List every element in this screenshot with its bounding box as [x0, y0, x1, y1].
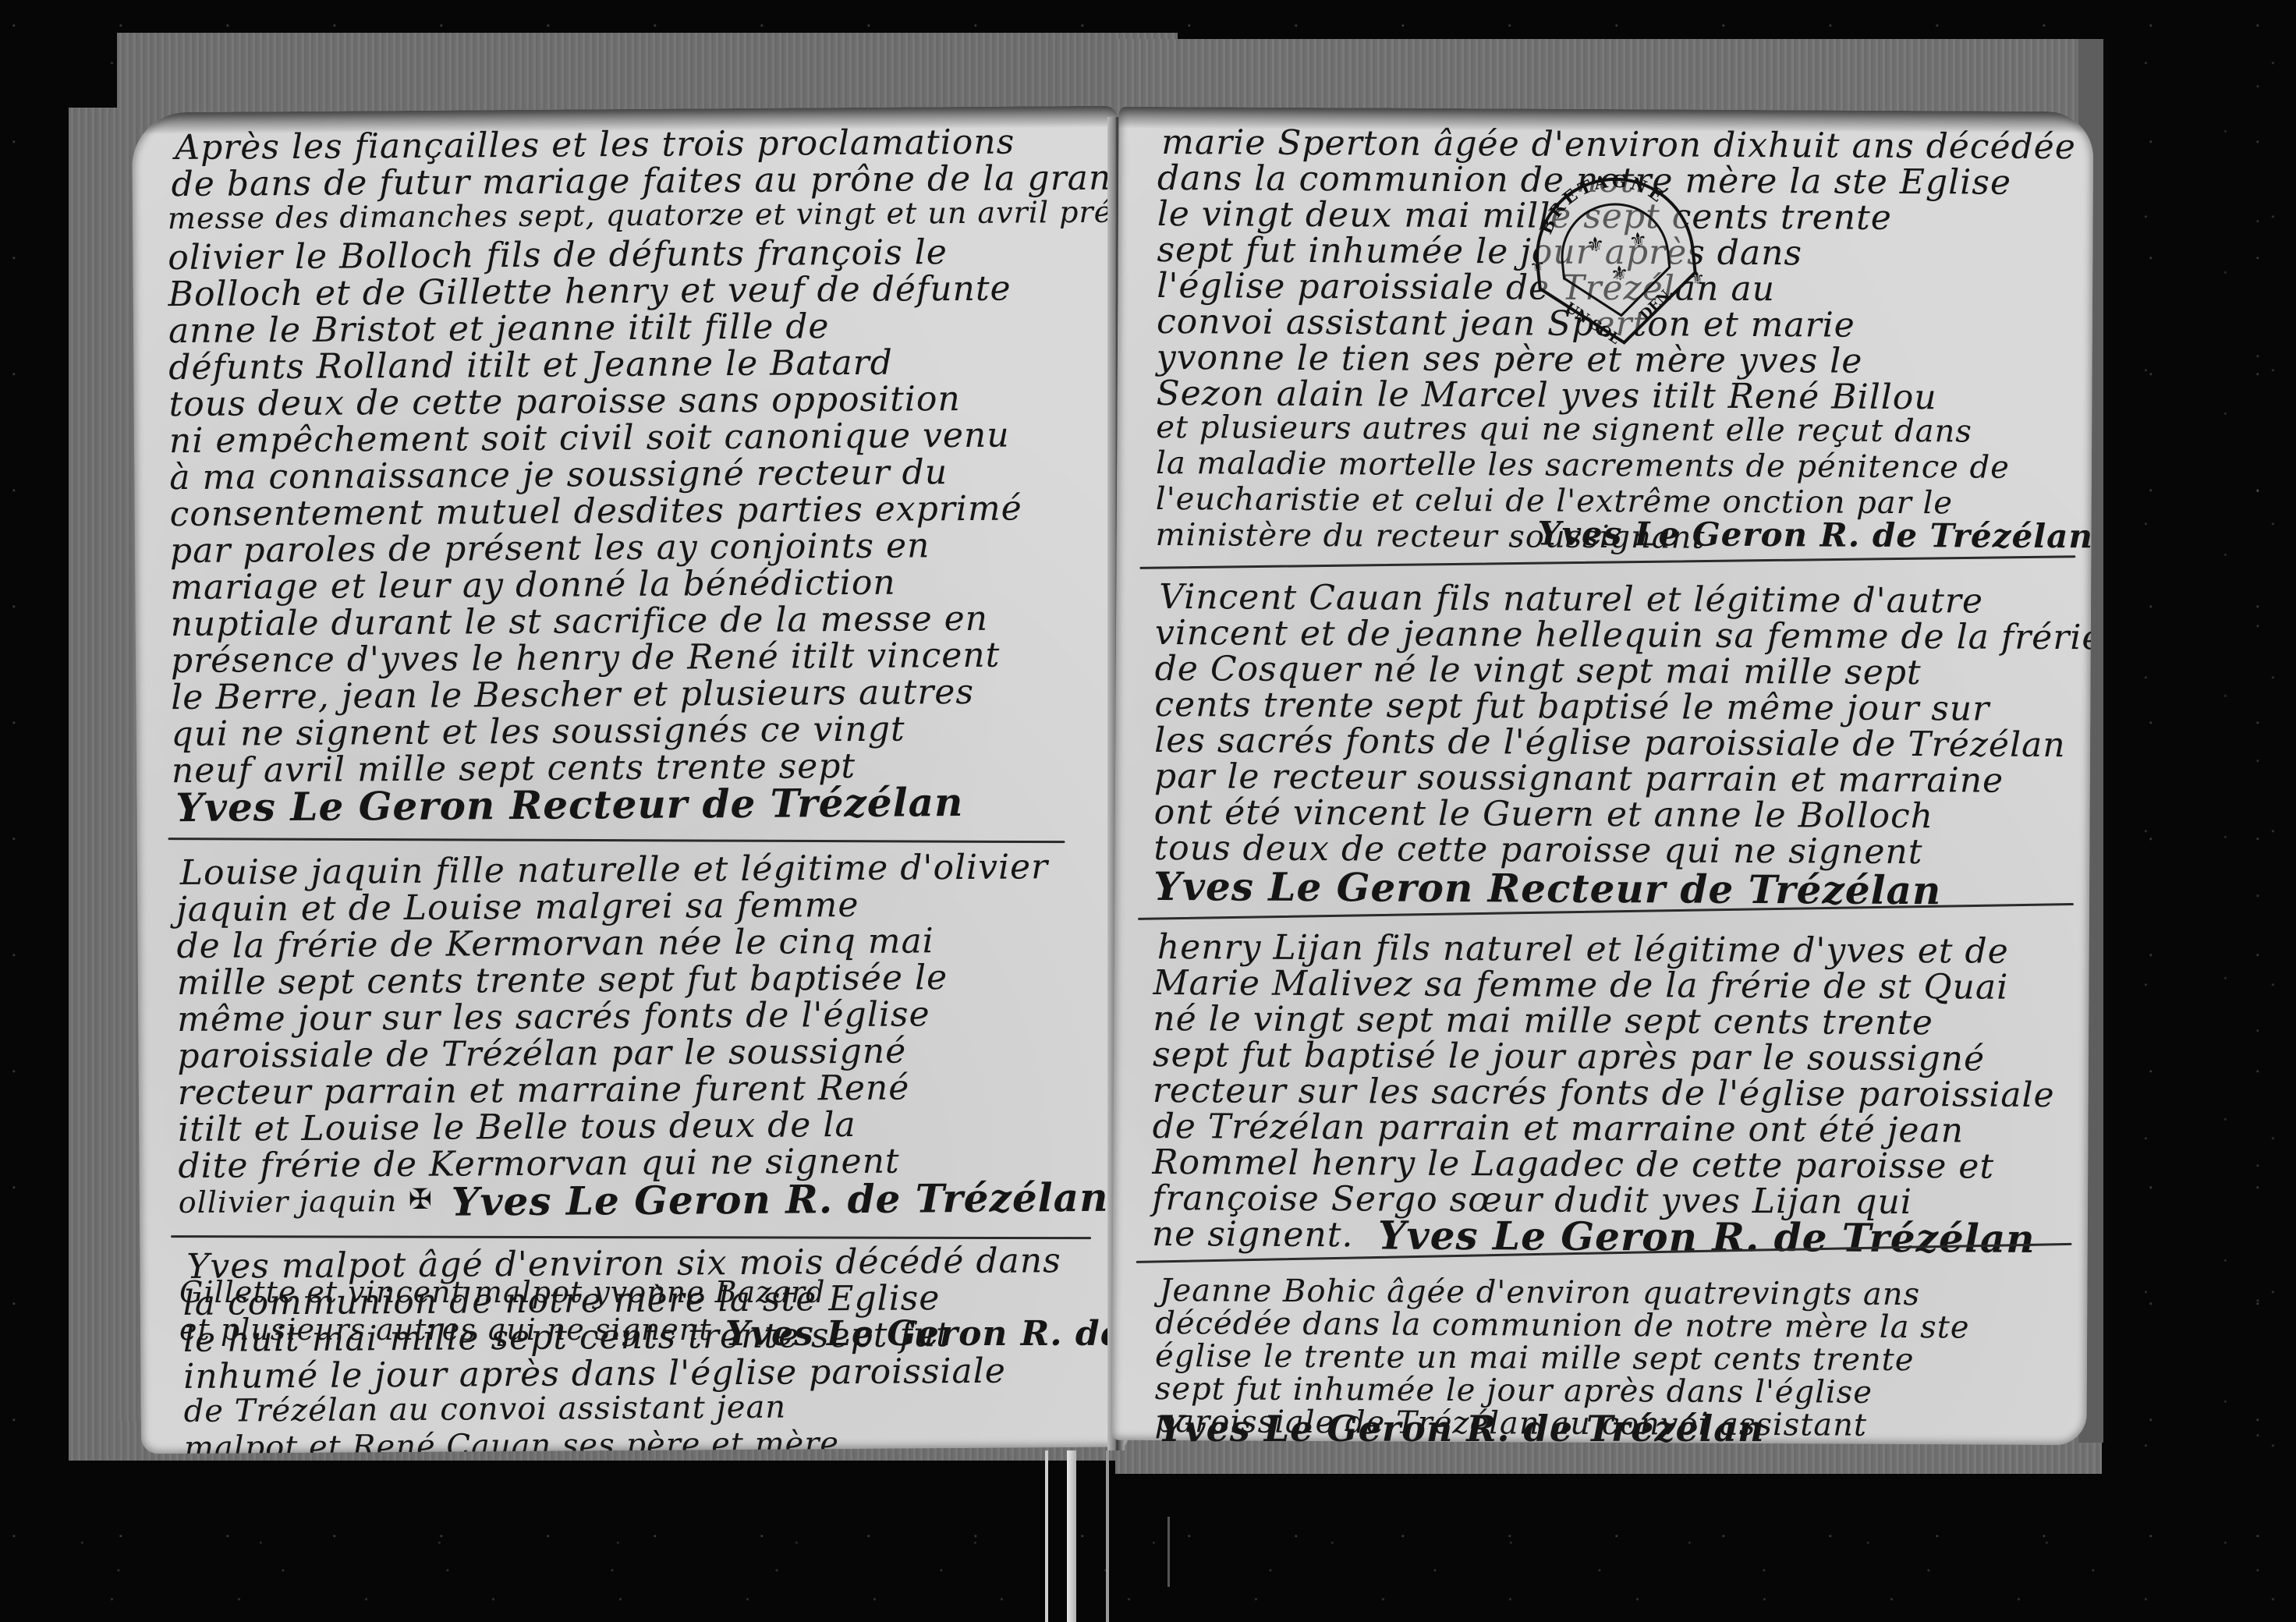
binding-strip: [1067, 1450, 1076, 1622]
left-page-footer: Gillette et vincent malpot yvonne Bazard…: [179, 1275, 1076, 1447]
entry-separator: [1139, 555, 2075, 569]
binding-strip: [1106, 1450, 1109, 1622]
left-page: Après les fiançailles et les trois procl…: [132, 106, 1128, 1454]
binding-strip: [1045, 1450, 1048, 1622]
svg-text:⚜: ⚜: [1688, 268, 1706, 289]
svg-text:⚜: ⚜: [1610, 261, 1630, 286]
svg-text:⚜: ⚜: [1628, 228, 1648, 253]
handwriting-line: et plusieurs autres qui ne signent elle …: [1156, 409, 1972, 449]
left-page-text: Après les fiançailles et les trois procl…: [132, 106, 1128, 1454]
entry-separator: [171, 1235, 1091, 1239]
handwriting-line: ne signent.: [1152, 1214, 1354, 1255]
binding-strip: [1167, 1517, 1170, 1587]
entry-separator: [168, 838, 1065, 843]
handwriting-line: Gillette et vincent malpot yvonne Bazard: [179, 1275, 825, 1309]
rector-signature: Yves Le Geron Recteur de Trézélan: [175, 779, 964, 830]
cross-mark-icon: ✠: [409, 1184, 432, 1216]
rector-signature: Yves Le Geron R. de Trézélan: [1537, 515, 2093, 556]
handwriting-line: la maladie mortelle les sacrements de pé…: [1156, 445, 2010, 486]
rector-signature: Yves Le Geron R. de Trézélan: [452, 1174, 1109, 1225]
tax-stamp: BRETAGNE UN SOL DEN. ⚜ ⚜ ⚜ ⚜ ⚜: [1503, 138, 1726, 361]
svg-text:⚜: ⚜: [1586, 232, 1606, 257]
witness-signature: ollivier jaquin: [179, 1184, 398, 1220]
handwriting-line: Bolloch et de Gillette henry et veuf de …: [168, 269, 1011, 315]
right-page-footer: Yves Le Geron R. de Trézélan: [1158, 1408, 2055, 1454]
rector-signature: Yves Le Geron R. de Trézélan: [1158, 1408, 1765, 1450]
rector-signature: Yves Le Geron Recteur de Trézélan: [1153, 863, 1941, 913]
stamp-icon: BRETAGNE UN SOL DEN. ⚜ ⚜ ⚜ ⚜ ⚜: [1503, 138, 1726, 361]
svg-text:⚜: ⚜: [1529, 256, 1546, 277]
handwriting-line: et plusieurs autres qui ne signent: [179, 1312, 712, 1347]
